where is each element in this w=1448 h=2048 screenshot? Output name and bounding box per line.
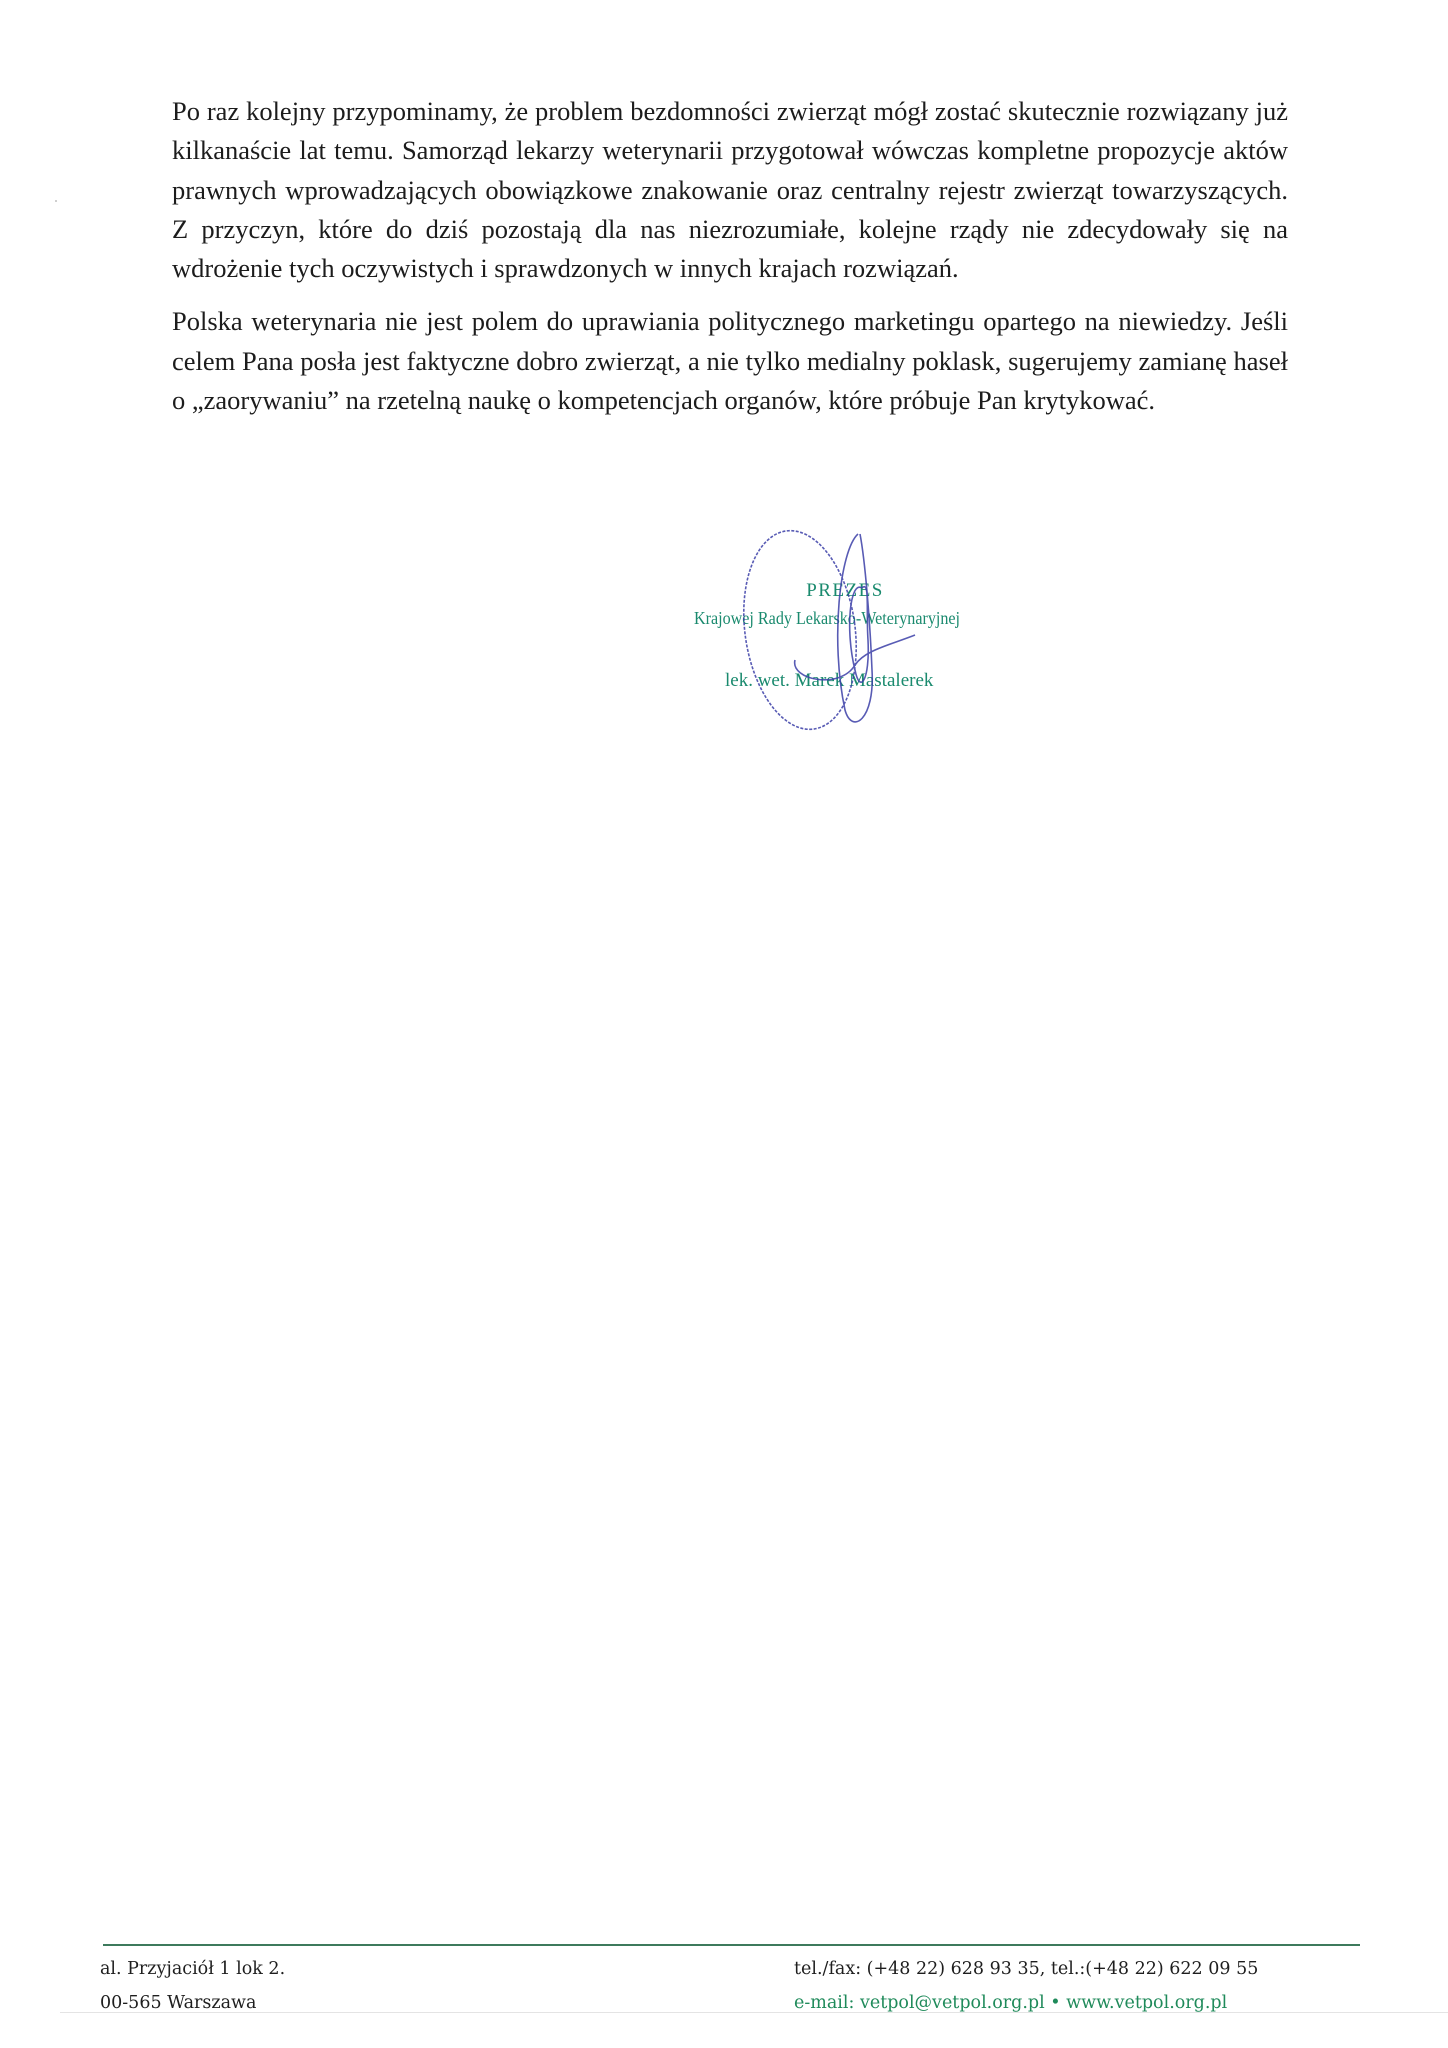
website-link[interactable]: www.vetpol.org.pl	[1066, 1993, 1227, 2013]
contact-links: e-mail: vetpol@vetpol.org.pl • www.vetpo…	[794, 1986, 1258, 2020]
scan-edge-line	[60, 2012, 1448, 2013]
email-link[interactable]: e-mail: vetpol@vetpol.org.pl	[794, 1993, 1045, 2013]
letter-body: Po raz kolejny przypominamy, że problem …	[172, 92, 1288, 434]
footer-address: al. Przyjaciół 1 lok 2. 00-565 Warszawa	[100, 1952, 285, 2020]
footer-divider	[103, 1944, 1360, 1946]
address-city: 00-565 Warszawa	[100, 1986, 285, 2020]
letter-page: Po raz kolejny przypominamy, że problem …	[0, 0, 1448, 2048]
paragraph-1: Po raz kolejny przypominamy, że problem …	[172, 92, 1288, 288]
signature-block: PREZES Krajowej Rady Lekarsko-Weterynary…	[680, 520, 1070, 740]
scan-speck	[55, 200, 57, 202]
address-street: al. Przyjaciół 1 lok 2.	[100, 1952, 285, 1986]
paragraph-2: Polska weterynaria nie jest polem do upr…	[172, 302, 1288, 420]
phone-numbers: tel./fax: (+48 22) 628 93 35, tel.:(+48 …	[794, 1952, 1258, 1986]
bullet-separator: •	[1045, 1993, 1066, 2013]
handwritten-signature-icon	[680, 520, 1070, 740]
footer-contact: tel./fax: (+48 22) 628 93 35, tel.:(+48 …	[794, 1952, 1258, 2020]
